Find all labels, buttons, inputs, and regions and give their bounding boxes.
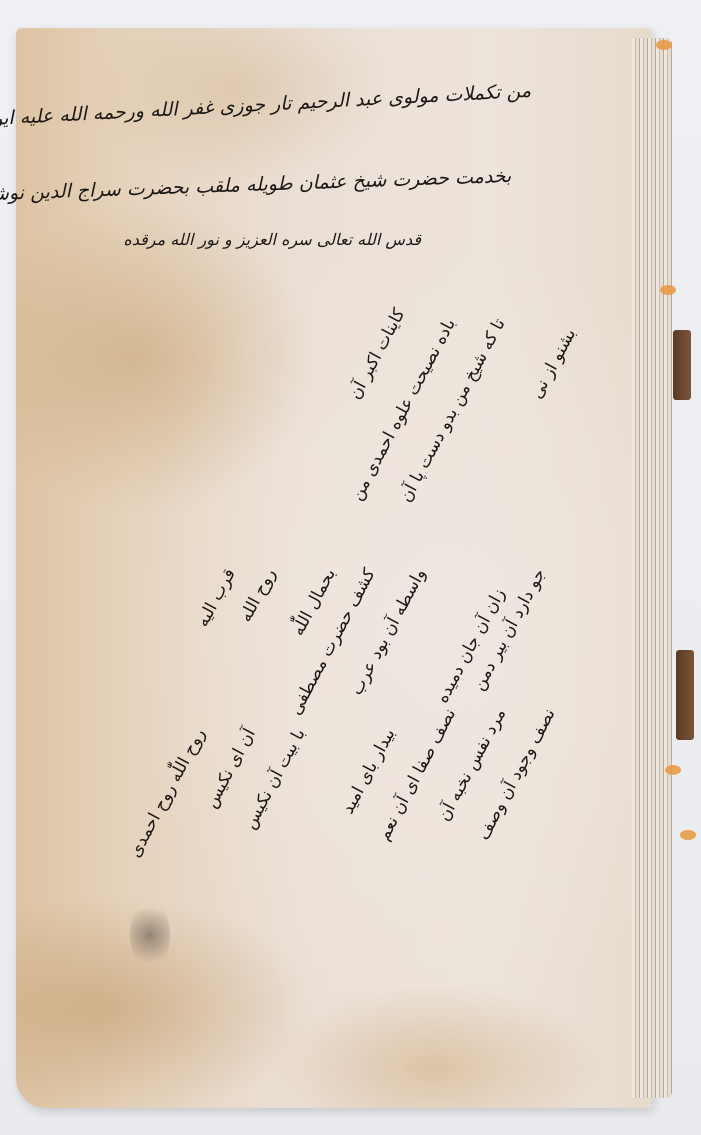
binding-thread bbox=[656, 40, 672, 50]
page-stack-edge bbox=[632, 38, 672, 1098]
leather-tab bbox=[673, 330, 691, 400]
ink-smudge bbox=[130, 900, 170, 970]
header-line-3: قدس الله تعالی سره العزیز و نور الله مرق… bbox=[123, 230, 421, 249]
binding-thread bbox=[665, 765, 681, 775]
leather-tab bbox=[676, 650, 694, 740]
binding-thread bbox=[660, 285, 676, 295]
binding-thread bbox=[680, 830, 696, 840]
